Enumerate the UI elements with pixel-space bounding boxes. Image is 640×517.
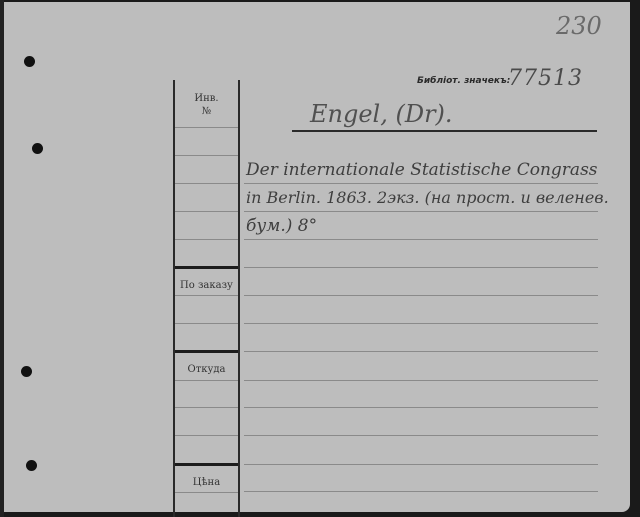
ruled-line bbox=[244, 295, 598, 296]
ruled-line bbox=[244, 183, 598, 184]
left-rule bbox=[175, 380, 238, 381]
left-section-divider bbox=[175, 350, 238, 353]
library-mark-label: Библіот. значекъ: bbox=[417, 76, 510, 86]
inventory-label: Инв. № bbox=[175, 92, 238, 118]
ruled-line bbox=[244, 323, 598, 324]
order-label: По заказу bbox=[175, 280, 238, 291]
ruled-line bbox=[244, 407, 598, 408]
ruled-line bbox=[244, 211, 598, 212]
punch-hole-2 bbox=[32, 143, 43, 154]
source-label: Откуда bbox=[175, 364, 238, 375]
author-name: Engel, (Dr). bbox=[310, 100, 453, 128]
ruled-line bbox=[244, 435, 598, 436]
left-rule bbox=[175, 183, 238, 184]
ruled-line bbox=[244, 267, 598, 268]
library-mark-value: 77513 bbox=[508, 66, 583, 91]
price-label: Цѣна bbox=[175, 477, 238, 488]
page-number: 230 bbox=[556, 12, 602, 40]
ruled-line bbox=[244, 351, 598, 352]
card-left-edge bbox=[0, 0, 4, 517]
left-rule bbox=[175, 127, 238, 128]
title-line-1: Der internationale Statistische Congrass bbox=[246, 160, 598, 180]
inventory-number-sign: № bbox=[175, 105, 238, 118]
title-line-2: in Berlin. 1863. 2экз. (на прост. и веле… bbox=[246, 188, 609, 207]
inventory-label-line1: Инв. bbox=[175, 92, 238, 105]
left-rule bbox=[175, 211, 238, 212]
left-column-border-right bbox=[238, 80, 240, 517]
left-rule bbox=[175, 407, 238, 408]
ruled-line bbox=[244, 491, 598, 492]
left-rule bbox=[175, 435, 238, 436]
punch-hole-4 bbox=[26, 460, 37, 471]
left-rule bbox=[175, 492, 238, 493]
ruled-line bbox=[244, 464, 598, 465]
left-rule bbox=[175, 239, 238, 240]
ruled-line bbox=[244, 239, 598, 240]
author-underline bbox=[292, 130, 597, 132]
ruled-line bbox=[244, 380, 598, 381]
punch-hole-1 bbox=[24, 56, 35, 67]
punch-hole-3 bbox=[21, 366, 32, 377]
left-column-border-left bbox=[173, 80, 175, 517]
left-rule bbox=[175, 323, 238, 324]
left-section-divider bbox=[175, 463, 238, 466]
left-section-divider bbox=[175, 266, 238, 269]
left-rule bbox=[175, 295, 238, 296]
title-line-3: бум.) 8° bbox=[246, 216, 317, 236]
left-rule bbox=[175, 155, 238, 156]
